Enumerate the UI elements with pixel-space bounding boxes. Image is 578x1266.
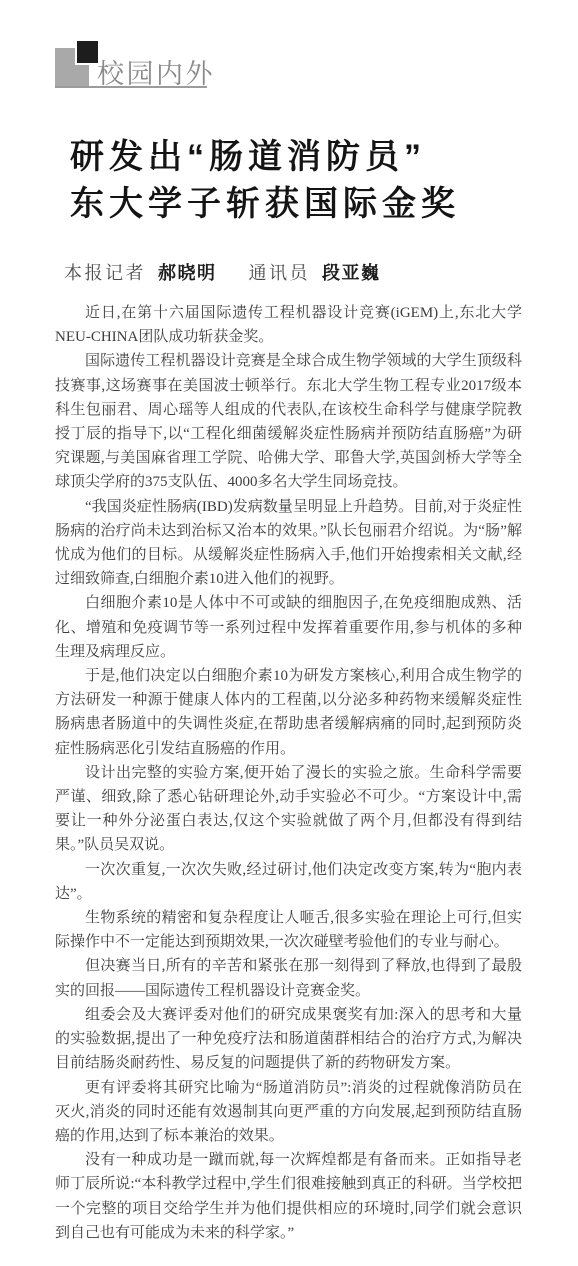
article-paragraph-6: 设计出完整的实验方案,便开始了漫长的实验之旅。生命科学需要严谨、细致,除了悉心钻… xyxy=(55,761,522,858)
article-paragraph-4: 白细胞介素10是人体中不可或缺的细胞因子,在免疫细胞成熟、活化、增殖和免疫调节等… xyxy=(55,591,522,664)
correspondent-name: 段亚巍 xyxy=(322,263,381,283)
article-paragraph-10: 组委会及大赛评委对他们的研究成果褒奖有加:深入的思考和大量的实验数据,提出了一种… xyxy=(55,1003,522,1076)
article-paragraph-1: 近日,在第十六届国际遗传工程机器设计竞赛(iGEM)上,东北大学NEU-CHIN… xyxy=(55,301,522,349)
section-underline xyxy=(55,86,207,88)
reporter-name: 郝晓明 xyxy=(158,263,217,283)
article-paragraph-9: 但决赛当日,所有的辛苦和紧张在那一刻得到了释放,也得到了最殷实的回报——国际遗传… xyxy=(55,954,522,1002)
correspondent-label: 通讯员 xyxy=(249,263,311,283)
article-paragraph-7: 一次次重复,一次次失败,经过研讨,他们决定改变方案,转为“胞内表达”。 xyxy=(55,858,522,906)
article-paragraph-3: “我国炎症性肠病(IBD)发病数量呈明显上升趋势。目前,对于炎症性肠病的治疗尚未… xyxy=(55,495,522,592)
newspaper-page: 校园内外 研发出“肠道消防员” 东大学子斩获国际金奖 本报记者郝晓明通讯员段亚巍… xyxy=(0,0,578,1266)
overlapping-squares-icon-black xyxy=(75,41,98,65)
article-title: 研发出“肠道消防员” 东大学子斩获国际金奖 xyxy=(70,134,460,228)
article-paragraph-8: 生物系统的精密和复杂程度让人咂舌,很多实验在理论上可行,但实际操作中不一定能达到… xyxy=(55,906,522,954)
reporter-label: 本报记者 xyxy=(64,263,146,283)
article-body: 近日,在第十六届国际遗传工程机器设计竞赛(iGEM)上,东北大学NEU-CHIN… xyxy=(55,301,522,1245)
article-title-line-1: 研发出“肠道消防员” xyxy=(70,134,460,181)
article-title-line-2: 东大学子斩获国际金奖 xyxy=(70,181,460,228)
article-paragraph-5: 于是,他们决定以白细胞介素10为研发方案核心,利用合成生物学的方法研发一种源于健… xyxy=(55,664,522,761)
article-paragraph-2: 国际遗传工程机器设计竞赛是全球合成生物学领域的大学生顶级科技赛事,这场赛事在美国… xyxy=(55,349,522,494)
byline: 本报记者郝晓明通讯员段亚巍 xyxy=(64,259,381,285)
article-paragraph-11: 更有评委将其研究比喻为“肠道消防员”:消炎的过程就像消防员在灭火,消炎的同时还能… xyxy=(55,1076,522,1149)
article-paragraph-12: 没有一种成功是一蹴而就,每一次辉煌都是有备而来。正如指导老师丁辰所说:“本科教学… xyxy=(55,1148,522,1245)
